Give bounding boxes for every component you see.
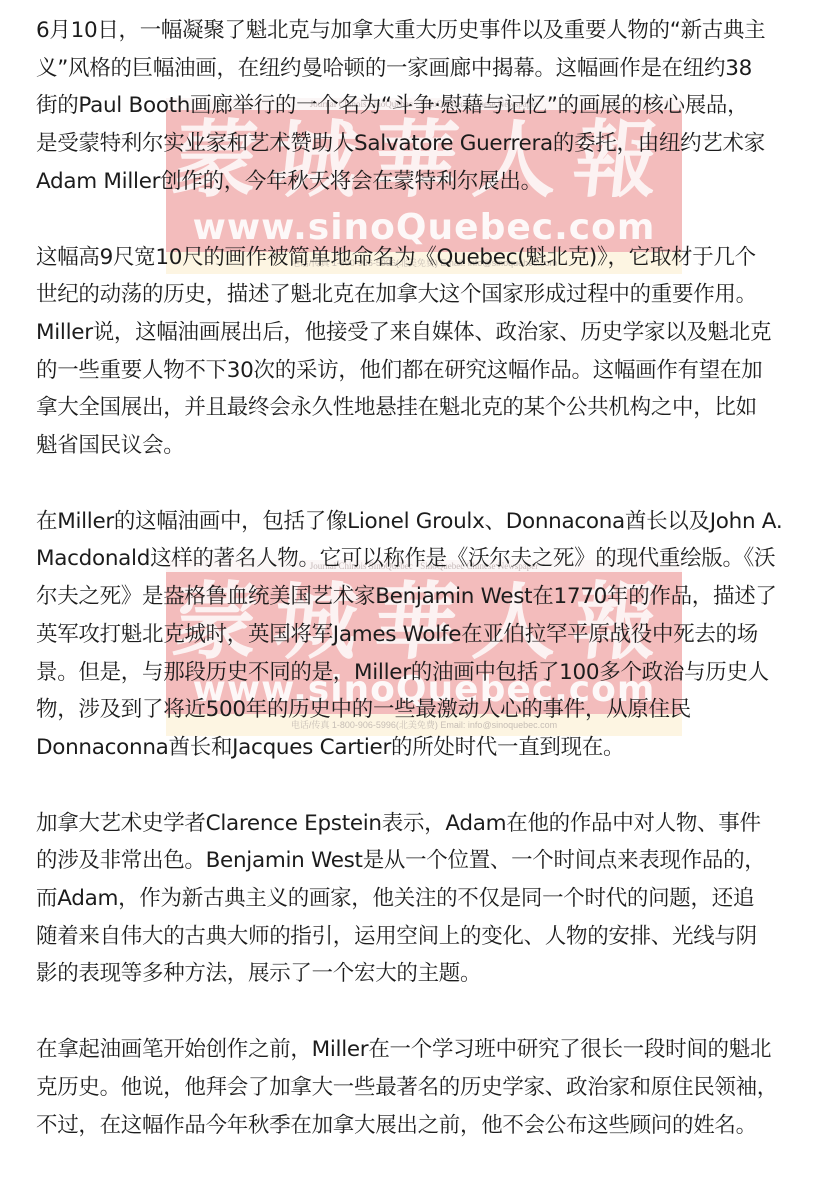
text-line: 是受蒙特利尔实业家和艺术赞助人Salvatore Guerrera的委托，由纽约…: [36, 125, 816, 163]
text-line: 而Adam，作为新古典主义的画家，他关注的不仅是同一个时代的问题，还追: [36, 880, 816, 918]
text-line: 的一些重要人物不下30次的采访，他们都在研究这幅作品。这幅画作有望在加: [36, 352, 816, 390]
text-line: 义”风格的巨幅油画，在纽约曼哈顿的一家画廊中揭幕。这幅画作是在纽约38: [36, 50, 816, 88]
text-line: 物，涉及到了将近500年的历史中的一些最激动人心的事件，从原住民: [36, 691, 816, 729]
text-line: Macdonald这样的著名人物。它可以称作是《沃尔夫之死》的现代重绘版。《沃: [36, 540, 816, 578]
paragraph-figures: 在Miller的这幅油画中，包括了像Lionel Groulx、Donnacon…: [36, 503, 816, 767]
paragraph-research: 在拿起油画笔开始创作之前，Miller在一个学习班中研究了很长一段时间的魁北 克…: [36, 1031, 816, 1144]
text-line: 在拿起油画笔开始创作之前，Miller在一个学习班中研究了很长一段时间的魁北: [36, 1031, 816, 1069]
paragraph-intro: 6月10日，一幅凝聚了魁北克与加拿大重大历史事件以及重要人物的“新古典主 义”风…: [36, 12, 816, 201]
text-line: Donnaconna酋长和Jacques Cartier的所处时代一直到现在。: [36, 729, 816, 767]
text-line: Adam Miller创作的，今年秋天将会在蒙特利尔展出。: [36, 163, 816, 201]
text-line: 加拿大艺术史学者Clarence Epstein表示，Adam在他的作品中对人物…: [36, 805, 816, 843]
text-line: 拿大全国展出，并且最终会永久性地悬挂在魁北克的某个公共机构之中，比如: [36, 389, 816, 427]
text-line: Miller说，这幅油画展出后，他接受了来自媒体、政治家、历史学家以及魁北克: [36, 314, 816, 352]
text-line: 6月10日，一幅凝聚了魁北克与加拿大重大历史事件以及重要人物的“新古典主: [36, 12, 816, 50]
text-line: 街的Paul Booth画廊举行的一个名为“斗争·慰藉与记忆”的画展的核心展品，: [36, 87, 816, 125]
paragraph-painting-description: 这幅高9尺宽10尺的画作被简单地命名为《Quebec(魁北克)》，它取材于几个 …: [36, 239, 816, 465]
text-line: 在Miller的这幅油画中，包括了像Lionel Groulx、Donnacon…: [36, 503, 816, 541]
text-line: 影的表现等多种方法，展示了一个宏大的主题。: [36, 955, 816, 993]
text-line: 尔夫之死》是盎格鲁血统美国艺术家Benjamin West在1770年的作品，描…: [36, 578, 816, 616]
text-line: 克历史。他说，他拜会了加拿大一些最著名的历史学家、政治家和原住民领袖，: [36, 1069, 816, 1107]
text-line: 魁省国民议会。: [36, 427, 816, 465]
article-body: 6月10日，一幅凝聚了魁北克与加拿大重大历史事件以及重要人物的“新古典主 义”风…: [36, 12, 816, 1182]
text-line: 景。但是，与那段历史不同的是，Miller的油画中包括了100多个政治与历史人: [36, 654, 816, 692]
text-line: 这幅高9尺宽10尺的画作被简单地命名为《Quebec(魁北克)》，它取材于几个: [36, 239, 816, 277]
text-line: 随着来自伟大的古典大师的指引，运用空间上的变化、人物的安排、光线与阴: [36, 918, 816, 956]
text-line: 的涉及非常出色。Benjamin West是从一个位置、一个时间点来表现作品的，: [36, 842, 816, 880]
paragraph-critic-quote: 加拿大艺术史学者Clarence Epstein表示，Adam在他的作品中对人物…: [36, 805, 816, 994]
text-line: 世纪的动荡的历史，描述了魁北克在加拿大这个国家形成过程中的重要作用。: [36, 276, 816, 314]
text-line: 英军攻打魁北克城时，英国将军James Wolfe在亚伯拉罕平原战役中死去的场: [36, 616, 816, 654]
text-line: 不过，在这幅作品今年秋季在加拿大展出之前，他不会公布这些顾问的姓名。: [36, 1107, 816, 1145]
